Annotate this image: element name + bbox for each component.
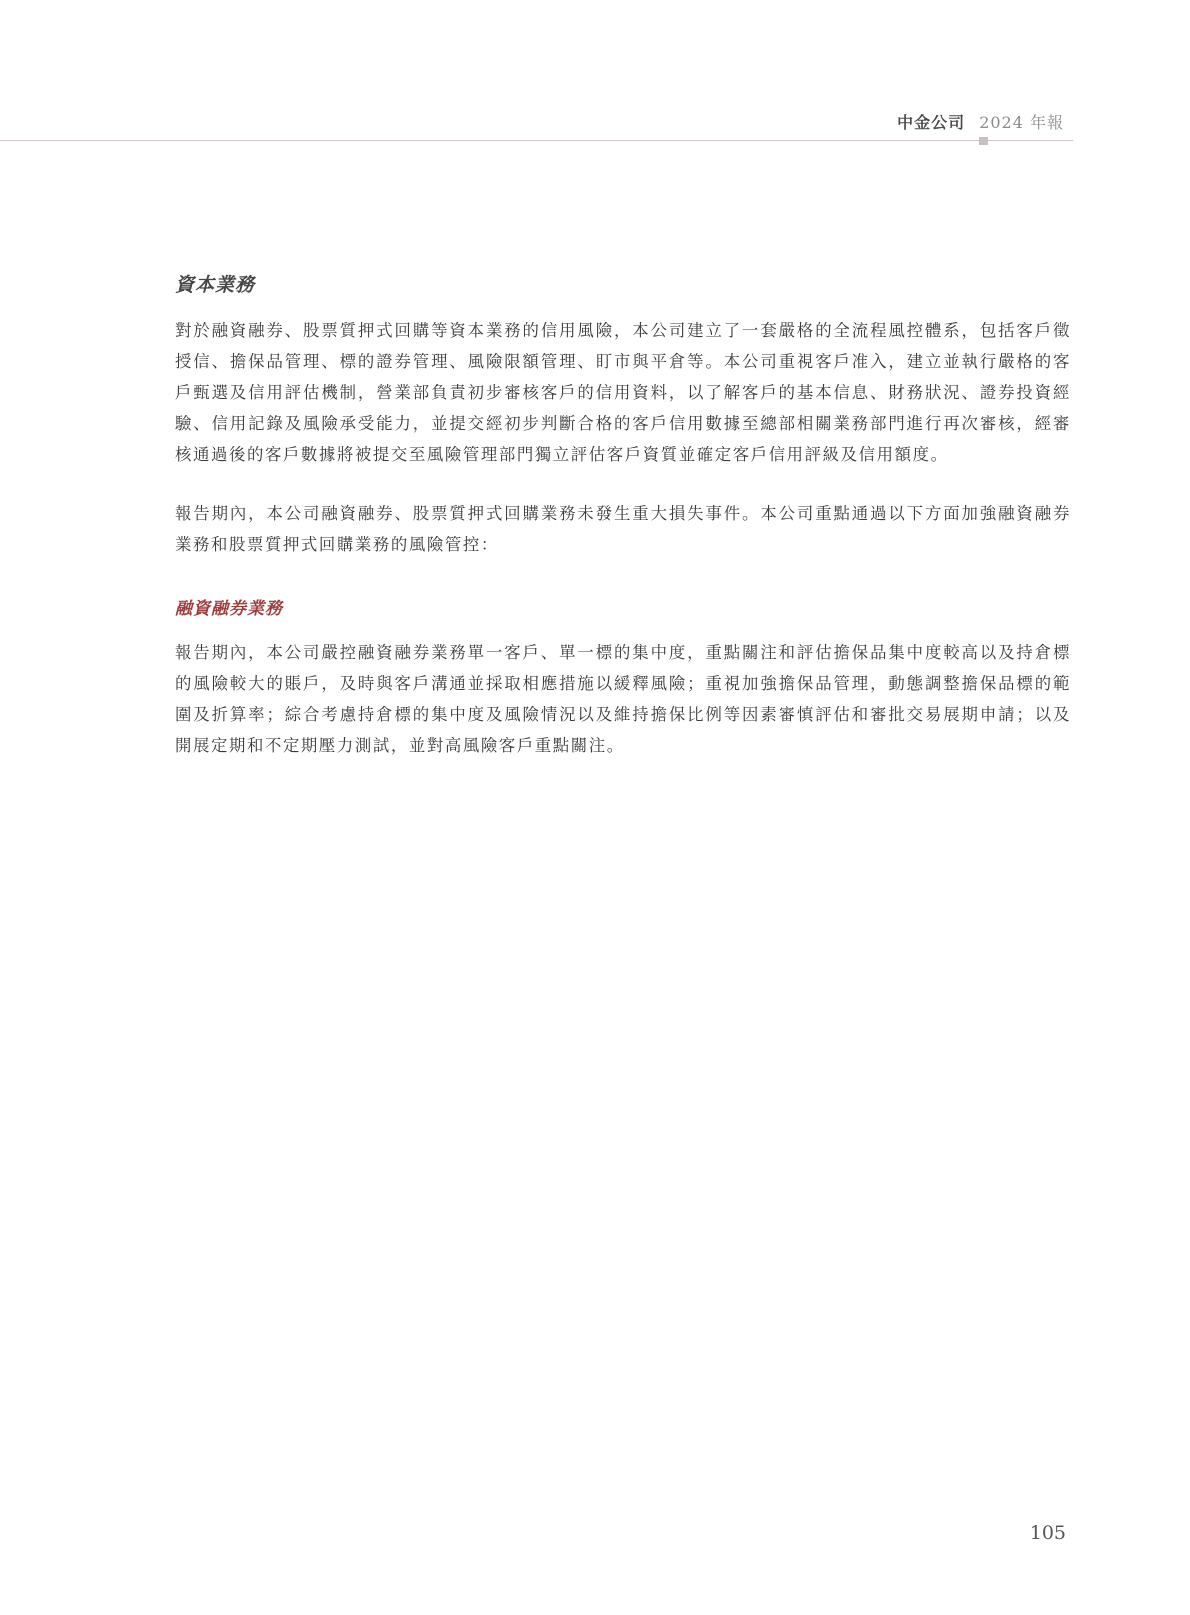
- header-square-marker: [979, 137, 988, 145]
- company-name: 中金公司: [897, 113, 965, 132]
- page-content: 資本業務 對於融資融券、股票質押式回購等資本業務的信用風險，本公司建立了一套嚴格…: [175, 270, 1071, 789]
- report-title: 2024 年報: [979, 113, 1064, 132]
- running-header: 中金公司2024 年報: [897, 110, 1064, 133]
- paragraph-margin-financing-controls: 報告期內，本公司嚴控融資融券業務單一客戶、單一標的集中度，重點關注和評估擔保品集…: [175, 637, 1071, 761]
- page-number: 105: [1030, 1522, 1066, 1544]
- header-rule: [0, 140, 1073, 141]
- section-heading-capital-business: 資本業務: [175, 270, 1071, 297]
- paragraph-reporting-period-summary: 報告期內，本公司融資融券、股票質押式回購業務未發生重大損失事件。本公司重點通過以…: [175, 498, 1071, 560]
- subheading-margin-financing: 融資融券業務: [175, 594, 1071, 619]
- paragraph-risk-control-system: 對於融資融券、股票質押式回購等資本業務的信用風險，本公司建立了一套嚴格的全流程風…: [175, 315, 1071, 470]
